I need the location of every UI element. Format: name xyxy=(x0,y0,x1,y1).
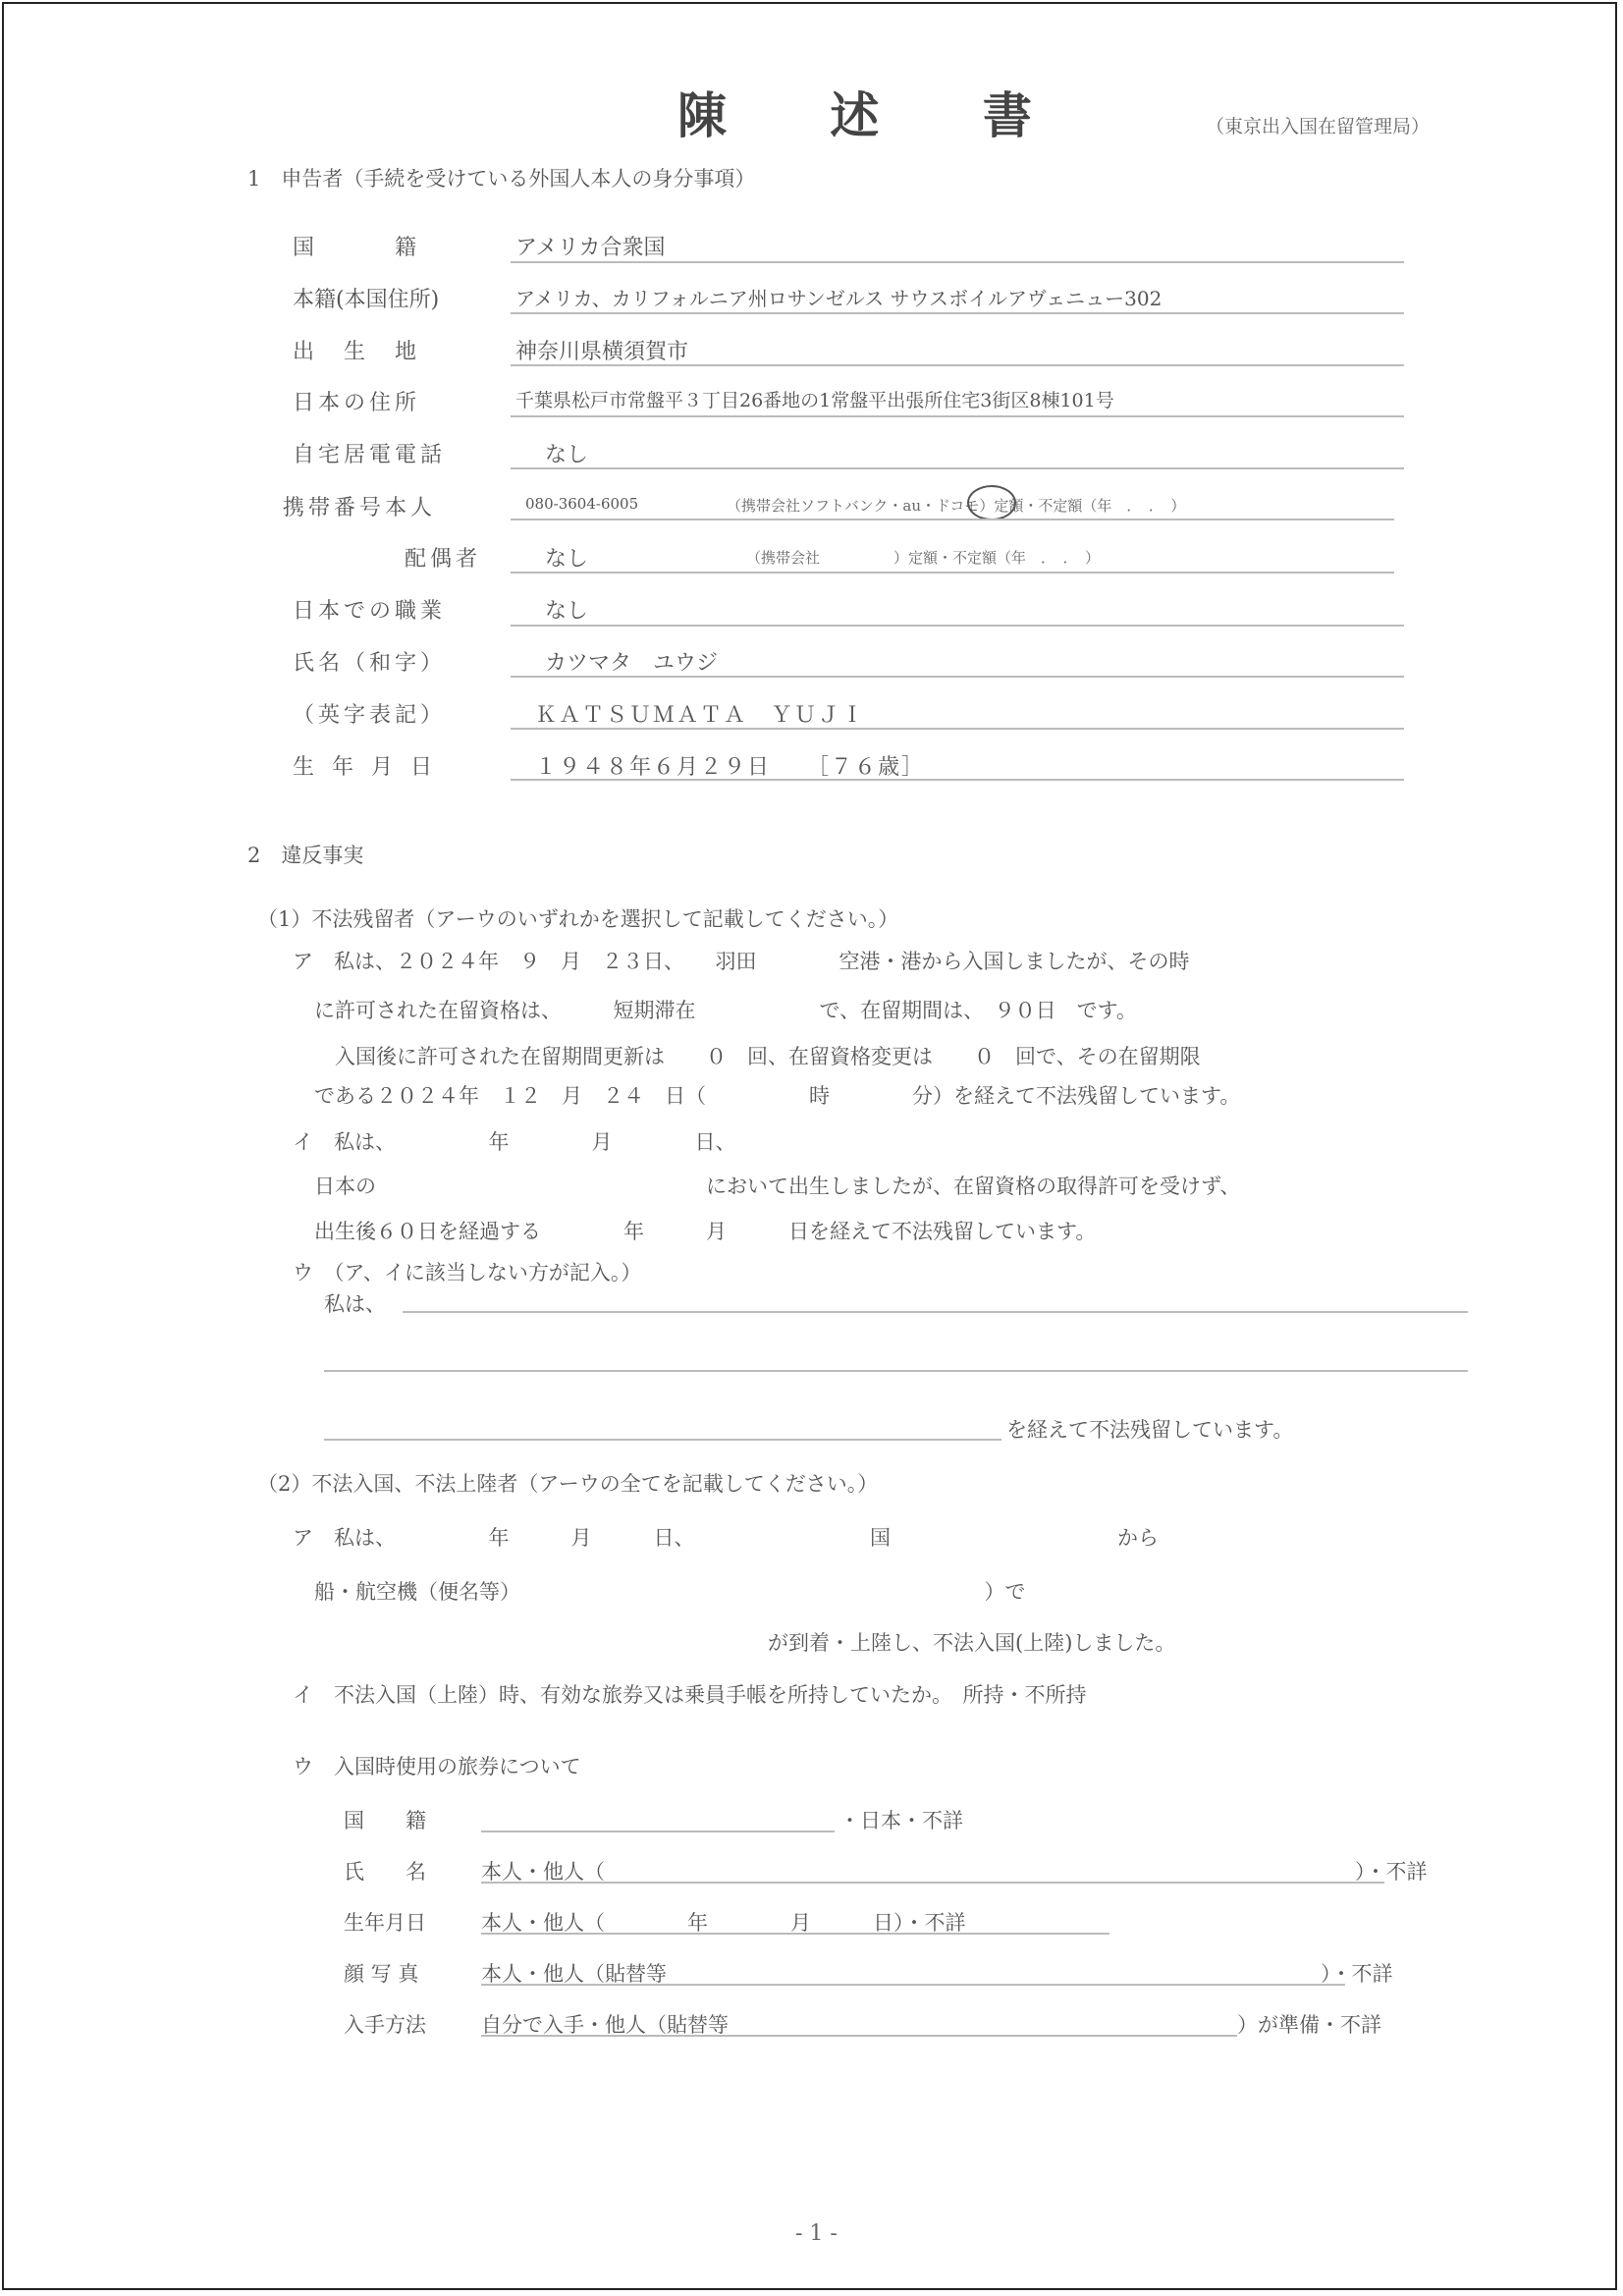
underline xyxy=(511,261,1404,263)
page-number: - 1 - xyxy=(795,2221,838,2246)
field-value-birthdate: １９４８年６月２９日 ［７６歳］ xyxy=(535,750,925,781)
field-label-birthdate: 生年月日 xyxy=(293,750,450,781)
part1-i-line1: イ 私は、 年 月 日、 xyxy=(293,1126,736,1156)
part2-a-line2: 船・航空機（便名等） ）で xyxy=(314,1576,1026,1606)
underline xyxy=(511,572,1394,574)
passport-suffix-nationality: ・日本・不詳 xyxy=(839,1805,963,1834)
field-value-name-roman: ＫＡＴＳＵＭＡＴＡ ＹＵＪＩ xyxy=(535,698,865,729)
passport-suffix-acquire: ）が準備・不詳 xyxy=(1237,2009,1381,2039)
underline xyxy=(324,1439,1001,1441)
underline xyxy=(511,364,1404,366)
part2-heading: （2）不法入国、不法上陸者（アーウの全てを記載してください。） xyxy=(257,1468,878,1498)
underline xyxy=(481,2035,1237,2037)
part1-a-line1: ア 私は、２０２４年 ９ 月 ２３日、 羽田 空港・港から入国しましたが、その時 xyxy=(293,946,1190,975)
field-label-name-roman: （英字表記） xyxy=(293,698,446,729)
part2-u-heading: ウ 入国時使用の旅券について xyxy=(293,1751,581,1780)
underline xyxy=(511,467,1404,469)
office-label: （東京出入国在留管理局） xyxy=(1206,112,1430,138)
passport-label-acquire: 入手方法 xyxy=(344,2009,426,2039)
part1-a-line3: 入国後に許可された在留期間更新は ０ 回、在留資格変更は ０ 回で、その在留期限 xyxy=(314,1041,1201,1070)
field-value-home-phone: なし xyxy=(545,438,588,468)
part1-u-line2: 私は、 xyxy=(324,1288,386,1318)
part1-i-line2: 日本の において出生しましたが、在留資格の取得許可を受けず、 xyxy=(314,1171,1240,1200)
field-value-occupation: なし xyxy=(545,594,588,625)
circled-carrier-mark xyxy=(967,485,1016,520)
underline xyxy=(403,1311,1468,1313)
part1-a-line2: に許可された在留資格は、 短期滞在 で、在留期間は、 ９０日 です。 xyxy=(314,995,1137,1024)
underline xyxy=(511,312,1404,314)
part1-heading: （1）不法残留者（アーウのいずれかを選択して記載してください。） xyxy=(257,903,898,933)
passport-label-nationality: 国 籍 xyxy=(344,1805,426,1834)
field-value-mobile-self: 080-3604-6005 xyxy=(525,495,638,513)
field-note-mobile-self: （携帯会社ソフトバンク・au・ドコモ）定額・不定額（年 ． ． ） xyxy=(727,495,1185,516)
field-label-home-address: 本籍(本国住所) xyxy=(293,283,439,313)
passport-suffix-name: ）・不詳 xyxy=(1355,1856,1428,1886)
field-label-birthplace: 出 生 地 xyxy=(293,335,420,365)
field-value-nationality: アメリカ合衆国 xyxy=(515,231,665,261)
underline xyxy=(511,728,1404,730)
field-value-japan-address: 千葉県松戸市常盤平３丁目26番地の1常盤平出張所住宅3街区8棟101号 xyxy=(515,386,1114,412)
passport-label-photo: 顔 写 真 xyxy=(344,1958,418,1988)
section1-heading: 1 申告者（手続を受けている外国人本人の身分事項） xyxy=(247,163,755,192)
underline xyxy=(481,1984,1345,1986)
underline xyxy=(481,1831,835,1832)
part1-a-line4: である２０２４年 １２ 月 ２４ 日（ 時 分）を経えて不法残留しています。 xyxy=(314,1080,1240,1110)
part1-u-end: を経えて不法残留しています。 xyxy=(1006,1414,1293,1444)
part2-a-line1: ア 私は、 年 月 日、 国 から xyxy=(293,1522,1159,1552)
part2-i-line: イ 不法入国（上陸）時、有効な旅券又は乗員手帳を所持していたか。 所持・不所持 xyxy=(293,1679,1087,1709)
field-label-name-kana: 氏名（和字） xyxy=(293,646,446,677)
field-label-nationality: 国 籍 xyxy=(293,231,420,261)
part2-a-line3: が到着・上陸し、不法入国(上陸)しました。 xyxy=(314,1627,1175,1657)
field-value-home-address: アメリカ、カリフォルニア州ロサンゼルス サウスボイルアヴェニュー302 xyxy=(515,283,1162,311)
underline xyxy=(481,1933,1109,1935)
field-note-spouse: （携帯会社 ）定額・不定額（年 ． ． ） xyxy=(746,547,1100,568)
underline xyxy=(511,415,1404,417)
underline xyxy=(511,625,1404,627)
document-title: 陳 述 書 xyxy=(677,77,1075,147)
underline xyxy=(511,676,1404,678)
field-value-name-kana: カツマタ ユウジ xyxy=(545,646,718,677)
underline xyxy=(324,1370,1468,1372)
passport-label-name: 氏 名 xyxy=(344,1856,426,1886)
underline xyxy=(511,519,1394,520)
section2-heading: 2 違反事実 xyxy=(247,840,363,869)
field-value-spouse: なし xyxy=(545,542,588,573)
field-label-spouse: 配偶者 xyxy=(405,542,481,573)
field-label-mobile-self: 携帯番号本人 xyxy=(283,491,436,521)
part1-u-line1: ウ （ア、イに該当しない方が記入。） xyxy=(293,1257,641,1286)
field-value-birthplace: 神奈川県横須賀市 xyxy=(515,335,688,365)
passport-suffix-photo: ）・不詳 xyxy=(1321,1958,1393,1988)
passport-label-birthdate: 生年月日 xyxy=(344,1907,426,1937)
field-label-occupation: 日本での職業 xyxy=(293,594,446,625)
field-label-home-phone: 自宅居電電話 xyxy=(293,438,446,468)
page-border xyxy=(2,2,1617,2290)
field-label-japan-address: 日本の住所 xyxy=(293,386,420,416)
part1-i-line3: 出生後６０日を経過する 年 月 日を経えて不法残留しています。 xyxy=(314,1216,1096,1245)
underline xyxy=(511,779,1404,781)
underline xyxy=(481,1882,1384,1884)
